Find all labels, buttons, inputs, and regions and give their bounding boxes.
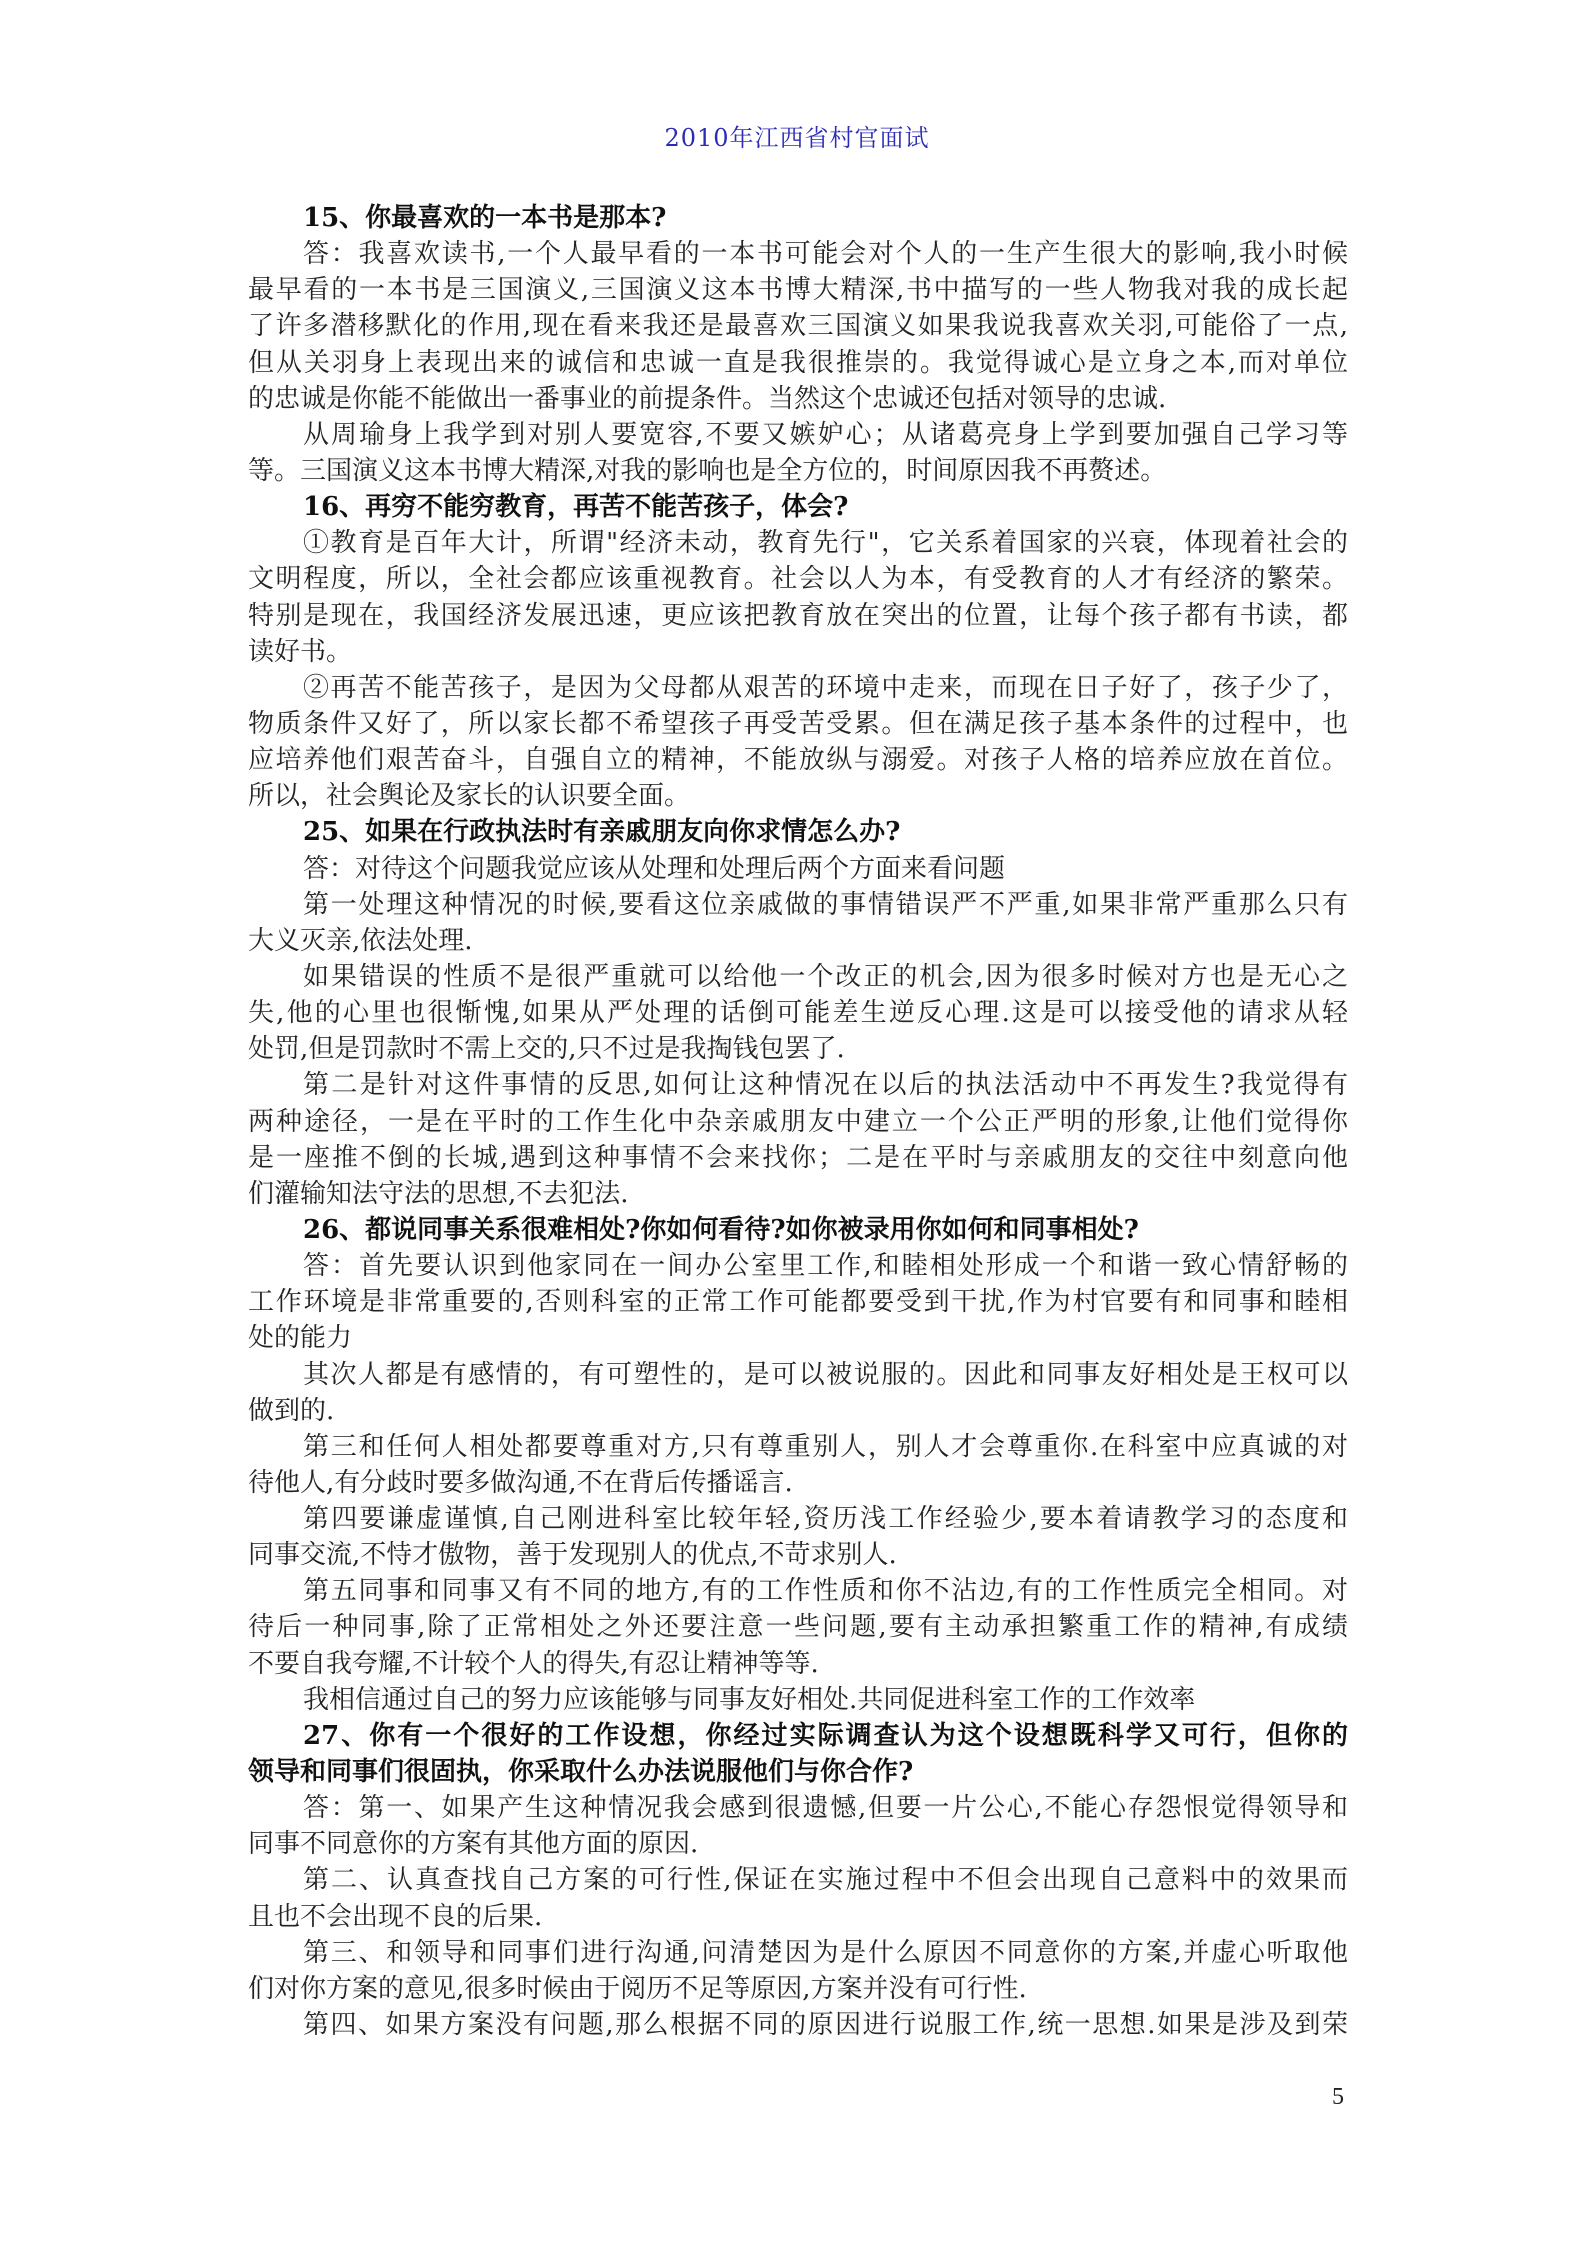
answer-line: 文明程度，所以，全社会都应该重视教育。社会以人为本，有受教育的人才有经济的繁荣。 — [248, 561, 1348, 597]
answer-line: 们灌输知法守法的思想,不去犯法. — [248, 1176, 1348, 1212]
answer-line: 们对你方案的意见,很多时候由于阅历不足等原因,方案并没有可行性. — [248, 1971, 1348, 2007]
answer-line: 物质条件又好了，所以家长都不希望孩子再受苦受累。但在满足孩子基本条件的过程中，也 — [248, 706, 1348, 742]
answer-line: 工作环境是非常重要的,否则科室的正常工作可能都要受到干扰,作为村官要有和同事和睦… — [248, 1284, 1348, 1320]
answer-line: 如果错误的性质不是很严重就可以给他一个改正的机会,因为很多时候对方也是无心之 — [248, 959, 1348, 995]
question-heading-15: 15、你最喜欢的一本书是那本? — [248, 200, 1348, 236]
answer-line: 特别是现在，我国经济发展迅速，更应该把教育放在突出的位置，让每个孩子都有书读，都 — [248, 598, 1348, 634]
answer-line: 的忠诚是你能不能做出一番事业的前提条件。当然这个忠诚还包括对领导的忠诚. — [248, 381, 1348, 417]
document-body: 15、你最喜欢的一本书是那本? 答：我喜欢读书,一个人最早看的一本书可能会对个人… — [248, 200, 1348, 2043]
answer-line: 第三、和领导和同事们进行沟通,问清楚因为是什么原因不同意你的方案,并虚心听取他 — [248, 1935, 1348, 1971]
answer-line: 做到的. — [248, 1393, 1348, 1429]
answer-line: 不要自我夸耀,不计较个人的得失,有忍让精神等等. — [248, 1646, 1348, 1682]
question-heading-25: 25、如果在行政执法时有亲戚朋友向你求情怎么办? — [248, 814, 1348, 850]
answer-line: ②再苦不能苦孩子，是因为父母都从艰苦的环境中走来，而现在日子好了，孩子少了， — [248, 670, 1348, 706]
question-heading-16: 16、再穷不能穷教育，再苦不能苦孩子，体会? — [248, 489, 1348, 525]
page-title: 2010年江西省村官面试 — [0, 120, 1594, 156]
answer-line: 待后一种同事,除了正常相处之外还要注意一些问题,要有主动承担繁重工作的精神,有成… — [248, 1609, 1348, 1645]
answer-line: 从周瑜身上我学到对别人要宽容,不要又嫉妒心；从诸葛亮身上学到要加强自己学习等 — [248, 417, 1348, 453]
answer-line: 第二、认真查找自己方案的可行性,保证在实施过程中不但会出现自己意料中的效果而 — [248, 1862, 1348, 1898]
answer-line: 处的能力 — [248, 1320, 1348, 1356]
answer-line: 第一处理这种情况的时候,要看这位亲戚做的事情错误严不严重,如果非常严重那么只有 — [248, 887, 1348, 923]
answer-line: 且也不会出现不良的后果. — [248, 1899, 1348, 1935]
answer-line: 同事交流,不恃才傲物，善于发现别人的优点,不苛求别人. — [248, 1537, 1348, 1573]
answer-line: 读好书。 — [248, 634, 1348, 670]
page-number: 5 — [1332, 2082, 1344, 2112]
answer-line: 第五同事和同事又有不同的地方,有的工作性质和你不沾边,有的工作性质完全相同。对 — [248, 1573, 1348, 1609]
answer-line: 两种途径，一是在平时的工作生化中杂亲戚朋友中建立一个公正严明的形象,让他们觉得你 — [248, 1104, 1348, 1140]
answer-line: 同事不同意你的方案有其他方面的原因. — [248, 1826, 1348, 1862]
answer-line: 答：我喜欢读书,一个人最早看的一本书可能会对个人的一生产生很大的影响,我小时候 — [248, 236, 1348, 272]
answer-line: 其次人都是有感情的，有可塑性的，是可以被说服的。因此和同事友好相处是王权可以 — [248, 1357, 1348, 1393]
answer-line: 第三和任何人相处都要尊重对方,只有尊重别人，别人才会尊重你.在科室中应真诚的对 — [248, 1429, 1348, 1465]
answer-line: 第四要谦虚谨慎,自己刚进科室比较年轻,资历浅工作经验少,要本着请教学习的态度和 — [248, 1501, 1348, 1537]
answer-line: 答：第一、如果产生这种情况我会感到很遗憾,但要一片公心,不能心存怨恨觉得领导和 — [248, 1790, 1348, 1826]
answer-line: 最早看的一本书是三国演义,三国演义这本书博大精深,书中描写的一些人物我对我的成长… — [248, 272, 1348, 308]
answer-line: 应培养他们艰苦奋斗，自强自立的精神，不能放纵与溺爱。对孩子人格的培养应放在首位。 — [248, 742, 1348, 778]
answer-line: 答：对待这个问题我觉应该从处理和处理后两个方面来看问题 — [248, 851, 1348, 887]
answer-line: 待他人,有分歧时要多做沟通,不在背后传播谣言. — [248, 1465, 1348, 1501]
answer-line: 是一座推不倒的长城,遇到这种事情不会来找你；二是在平时与亲戚朋友的交往中刻意向他 — [248, 1140, 1348, 1176]
question-heading-27: 27、你有一个很好的工作设想，你经过实际调查认为这个设想既科学又可行，但你的 — [248, 1718, 1348, 1754]
answer-line: 但从关羽身上表现出来的诚信和忠诚一直是我很推崇的。我觉得诚心是立身之本,而对单位 — [248, 345, 1348, 381]
answer-line: 等。三国演义这本书博大精深,对我的影响也是全方位的，时间原因我不再赘述。 — [248, 453, 1348, 489]
answer-line: ①教育是百年大计，所谓"经济未动，教育先行"，它关系着国家的兴衰，体现着社会的 — [248, 525, 1348, 561]
answer-line: 了许多潜移默化的作用,现在看来我还是最喜欢三国演义如果我说我喜欢关羽,可能俗了一… — [248, 308, 1348, 344]
answer-line: 所以，社会舆论及家长的认识要全面。 — [248, 778, 1348, 814]
question-heading-27-continued: 领导和同事们很固执，你采取什么办法说服他们与你合作? — [248, 1754, 1348, 1790]
answer-line: 大义灭亲,依法处理. — [248, 923, 1348, 959]
answer-line: 我相信通过自己的努力应该能够与同事友好相处.共同促进科室工作的工作效率 — [248, 1682, 1348, 1718]
answer-line: 第四、如果方案没有问题,那么根据不同的原因进行说服工作,统一思想.如果是涉及到荣 — [248, 2007, 1348, 2043]
answer-line: 处罚,但是罚款时不需上交的,只不过是我掏钱包罢了. — [248, 1031, 1348, 1067]
question-heading-26: 26、都说同事关系很难相处?你如何看待?如你被录用你如何和同事相处? — [248, 1212, 1348, 1248]
answer-line: 第二是针对这件事情的反思,如何让这种情况在以后的执法活动中不再发生?我觉得有 — [248, 1067, 1348, 1103]
answer-line: 答：首先要认识到他家同在一间办公室里工作,和睦相处形成一个和谐一致心情舒畅的 — [248, 1248, 1348, 1284]
answer-line: 失,他的心里也很惭愧,如果从严处理的话倒可能差生逆反心理.这是可以接受他的请求从… — [248, 995, 1348, 1031]
